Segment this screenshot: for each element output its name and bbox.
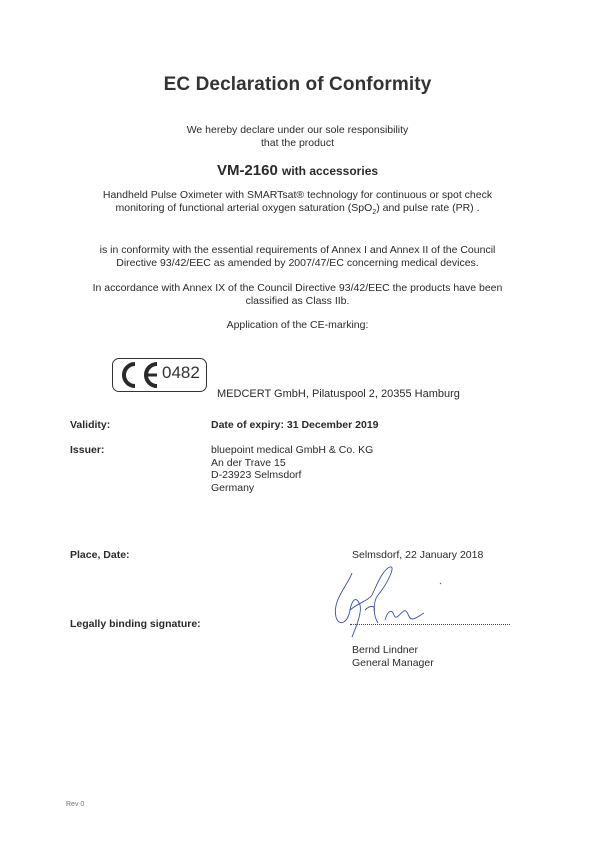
product-model: VM-2160 <box>217 162 278 179</box>
issuer-line: D-23923 Selmsdorf <box>211 469 373 482</box>
issuer-line: Germany <box>211 482 373 495</box>
description-line-2: monitoring of functional arterial oxygen… <box>0 202 595 220</box>
signature-line <box>350 624 510 625</box>
signatory-position: General Manager <box>352 657 434 670</box>
description-text: monitoring of functional arterial oxygen… <box>115 202 372 214</box>
product-suffix: with accessories <box>282 164 378 178</box>
intro-line-2: that the product <box>0 137 595 150</box>
issuer-line: An der Trave 15 <box>211 457 373 470</box>
issuer-line: bluepoint medical GmbH & Co. KG <box>211 444 373 457</box>
validity-value: Date of expiry: 31 December 2019 <box>211 419 379 432</box>
ce-marking-heading: Application of the CE-marking: <box>0 319 595 332</box>
issuer-label: Issuer: <box>70 444 104 456</box>
description-line-1: Handheld Pulse Oximeter with SMARTsat® t… <box>0 189 595 202</box>
conformity-line-2: Directive 93/42/EEC as amended by 2007/4… <box>0 257 595 270</box>
place-date-label: Place, Date: <box>70 549 130 561</box>
signature-scribble <box>330 565 480 640</box>
conformity-line-1: is in conformity with the essential requ… <box>0 244 595 257</box>
classification-line-1: In accordance with Annex IX of the Counc… <box>0 282 595 295</box>
document-title: EC Declaration of Conformity <box>0 74 595 96</box>
description-text-end: ) and pulse rate (PR) . <box>376 202 479 214</box>
place-date-value: Selmsdorf, 22 January 2018 <box>352 549 483 562</box>
notified-body: MEDCERT GmbH, Pilatuspool 2, 20355 Hambu… <box>217 388 460 400</box>
product-name: VM-2160 with accessories <box>0 162 595 179</box>
ce-mark-icon <box>117 362 161 388</box>
signature-label: Legally binding signature: <box>70 618 201 630</box>
validity-label: Validity: <box>70 419 110 431</box>
signatory-name: Bernd Lindner <box>352 644 418 657</box>
issuer-address: bluepoint medical GmbH & Co. KG An der T… <box>211 444 373 494</box>
classification-line-2: classified as Class IIb. <box>0 295 595 308</box>
revision-label: Rev 0 <box>66 801 84 808</box>
intro-line-1: We hereby declare under our sole respons… <box>0 124 595 137</box>
notified-body-number: 0482 <box>162 363 200 383</box>
